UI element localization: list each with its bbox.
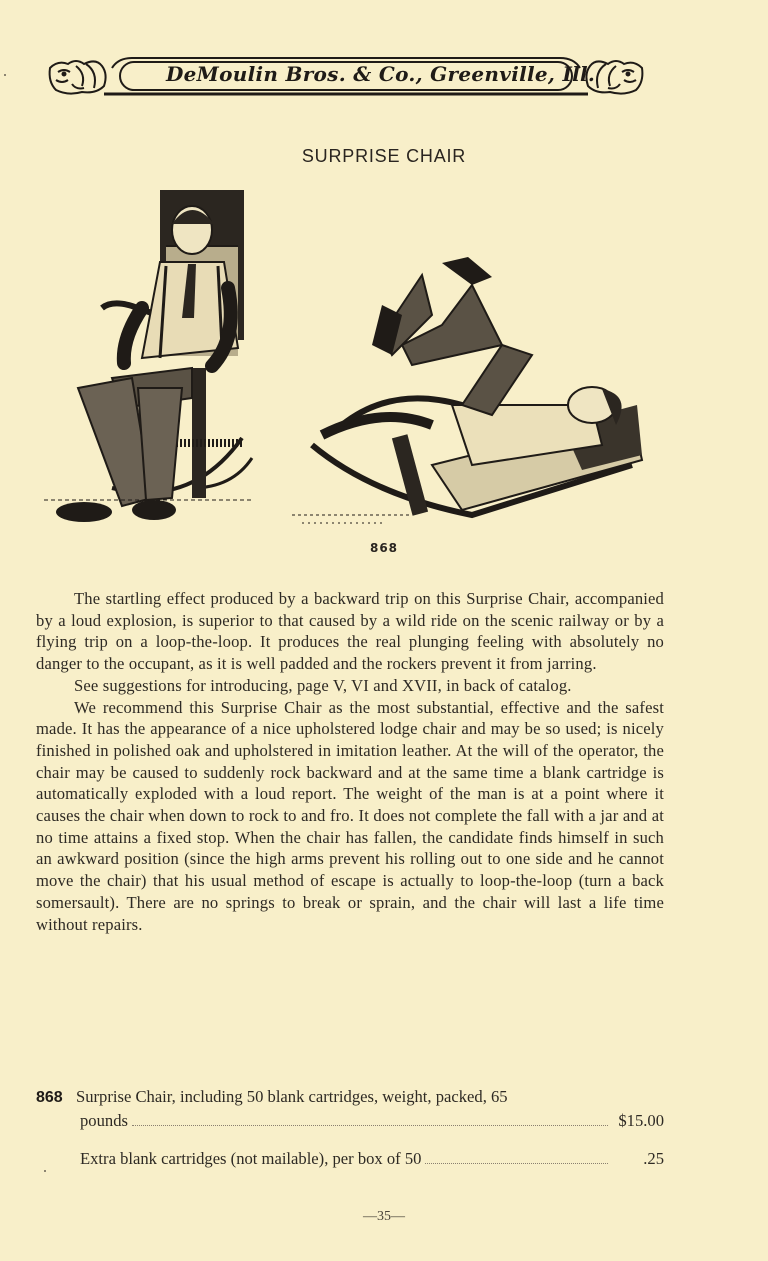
banner-company-name: DeMoulin Bros. & Co., Greenville, Ill. [166,62,586,86]
tipped-man-engraving-icon [292,255,662,535]
price-row: 868 Surprise Chair, including 50 blank c… [36,1087,664,1109]
description-paragraph: See suggestions for introducing, page V,… [36,675,664,697]
description-paragraph: The startling effect produced by a backw… [36,588,664,675]
price-row-continuation: pounds $15.00 [36,1111,664,1133]
item-price: .25 [614,1149,664,1169]
item-price: $15.00 [614,1111,664,1131]
price-row: Extra blank cartridges (not mailable), p… [36,1149,664,1171]
dot-leader [132,1124,608,1126]
description-paragraph: We recommend this Surprise Chair as the … [36,697,664,936]
page-title: SURPRISE CHAIR [0,146,768,167]
paper-speck [44,1170,46,1172]
item-number: 868 [36,1089,76,1107]
seated-man-engraving-icon [42,188,262,533]
header-banner: DeMoulin Bros. & Co., Greenville, Ill. [46,54,646,98]
illustration-tipped-man [292,255,662,535]
dot-leader [425,1162,608,1164]
paper-speck [4,74,6,76]
item-description: Extra blank cartridges (not mailable), p… [80,1149,421,1169]
price-list: 868 Surprise Chair, including 50 blank c… [36,1087,664,1171]
item-description-continued: pounds [80,1111,128,1131]
illustration-seated-man [42,188,262,533]
page-number: —35— [0,1209,768,1225]
figure-number: 868 [0,541,768,555]
item-description: Surprise Chair, including 50 blank cartr… [76,1087,508,1107]
description-body: The startling effect produced by a backw… [36,588,664,935]
lion-head-left-icon [50,61,106,94]
